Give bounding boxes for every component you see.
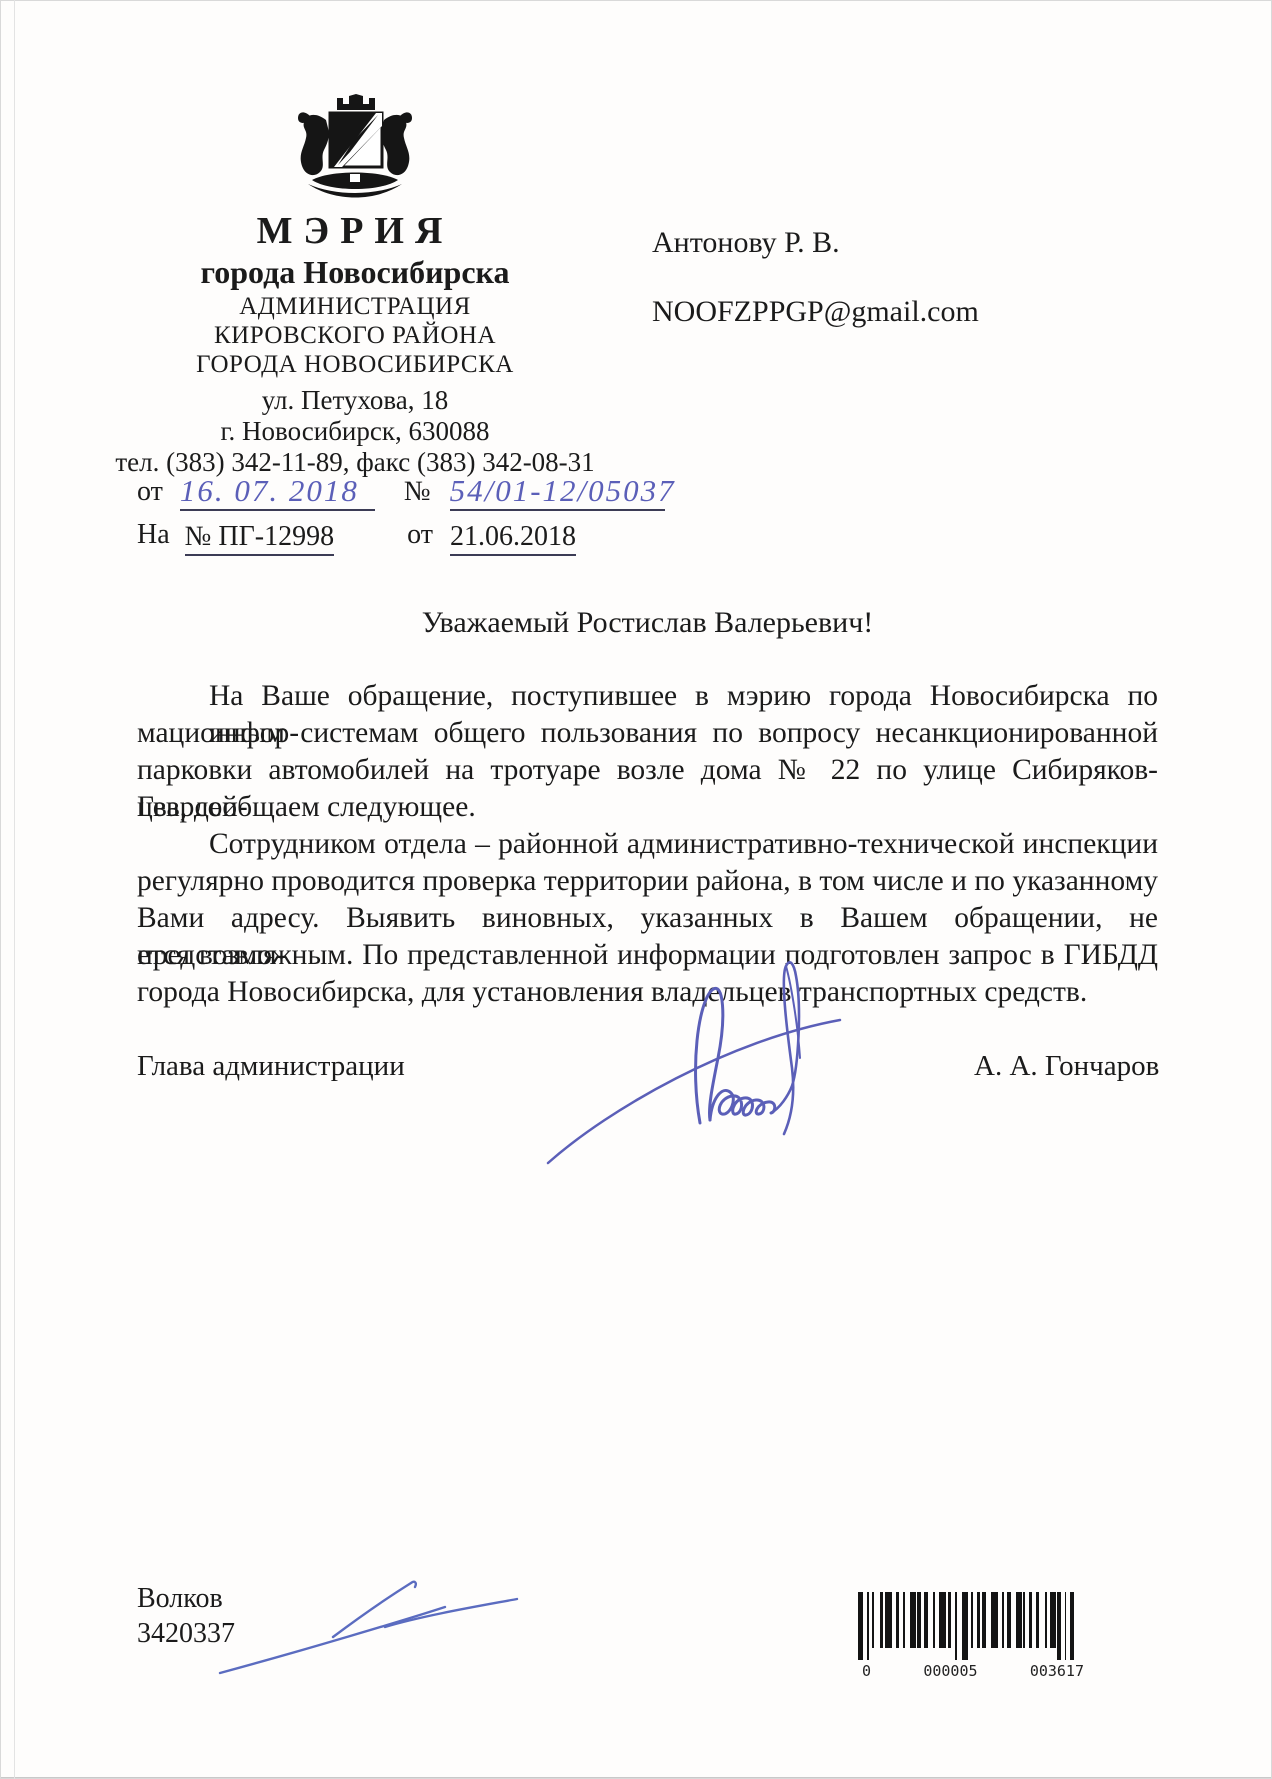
barcode-bar bbox=[880, 1592, 884, 1648]
address-street: ул. Петухова, 18 bbox=[93, 385, 617, 416]
outgoing-date-label: от bbox=[137, 476, 163, 511]
incoming-date: 21.06.2018 bbox=[450, 521, 576, 556]
barcode-bar bbox=[1023, 1592, 1025, 1648]
barcode-bars bbox=[858, 1592, 1088, 1662]
barcode-bar bbox=[1002, 1592, 1004, 1648]
recipient-name: Антонову Р. В. bbox=[652, 226, 840, 260]
outgoing-date-field: 16. 07. 2018 bbox=[180, 476, 375, 511]
barcode-bar bbox=[1029, 1592, 1033, 1648]
barcode-bar bbox=[1016, 1592, 1021, 1648]
barcode-bar bbox=[948, 1592, 952, 1648]
paragraph1-line: На Ваше обращение, поступившее в мэрию г… bbox=[137, 678, 1158, 715]
org-subname-line1: АДМИНИСТРАЦИЯ bbox=[93, 292, 617, 321]
barcode-bar bbox=[971, 1592, 973, 1648]
barcode-bar bbox=[1036, 1592, 1040, 1648]
paragraph2-line: Вами адресу. Выявить виновных, указанных… bbox=[137, 900, 1158, 937]
barcode-bar bbox=[1050, 1592, 1055, 1648]
barcode-digit-group: 000005 bbox=[923, 1662, 977, 1680]
signer-title: Глава администрации bbox=[137, 1050, 405, 1083]
scanned-letter-page: МЭРИЯ города Новосибирска АДМИНИСТРАЦИЯ … bbox=[0, 0, 1272, 1779]
barcode-bar bbox=[991, 1592, 998, 1648]
recipient-email: NOOFZPPGP@gmail.com bbox=[652, 295, 979, 329]
registration-barcode: 0 000005 003617 bbox=[858, 1592, 1088, 1682]
barcode-bar bbox=[858, 1592, 863, 1660]
handwritten-footer-mark bbox=[215, 1565, 525, 1680]
address-city: г. Новосибирск, 630088 bbox=[93, 416, 617, 447]
paragraph1-line: парковки автомобилей на тротуаре возле д… bbox=[137, 752, 1158, 789]
salutation: Уважаемый Ростислав Валерьевич! bbox=[137, 606, 1158, 640]
barcode-bar bbox=[939, 1592, 946, 1648]
barcode-digit-group: 003617 bbox=[1030, 1662, 1084, 1680]
barcode-bar bbox=[933, 1592, 935, 1648]
incoming-number: № ПГ-12998 bbox=[185, 521, 334, 556]
barcode-bar bbox=[1007, 1592, 1011, 1648]
org-name-line1: МЭРИЯ bbox=[93, 210, 617, 252]
barcode-bar bbox=[910, 1592, 915, 1648]
outgoing-number-handwritten: 54/01-12/05037 bbox=[450, 473, 676, 508]
incoming-date-label: от bbox=[407, 519, 433, 554]
barcode-bar bbox=[1057, 1592, 1061, 1660]
outgoing-date-handwritten: 16. 07. 2018 bbox=[180, 473, 359, 508]
barcode-bar bbox=[872, 1592, 874, 1648]
paragraph2-line: Сотрудником отдела – районной администра… bbox=[137, 826, 1158, 863]
letterhead-org-block: МЭРИЯ города Новосибирска АДМИНИСТРАЦИЯ … bbox=[93, 210, 617, 379]
outgoing-number-field: 54/01-12/05037 bbox=[450, 476, 665, 511]
org-name-line2: города Новосибирска bbox=[93, 252, 617, 292]
org-subname-line2: КИРОВСКОГО РАЙОНА bbox=[93, 321, 617, 350]
barcode-digits: 0 000005 003617 bbox=[858, 1662, 1088, 1680]
barcode-bar bbox=[903, 1592, 905, 1648]
outgoing-reference-row: от 16. 07. 2018 № 54/01-12/05037 bbox=[137, 476, 665, 511]
paragraph2-line: регулярно проводится проверка территории… bbox=[137, 863, 1158, 900]
barcode-digit-group: 0 bbox=[862, 1662, 871, 1680]
signer-name: А. А. Гончаров bbox=[974, 1050, 1159, 1083]
letterhead-address-block: ул. Петухова, 18 г. Новосибирск, 630088 … bbox=[93, 385, 617, 478]
handwritten-signature bbox=[540, 948, 870, 1183]
executor-name: Волков bbox=[137, 1583, 223, 1615]
barcode-bar bbox=[955, 1592, 957, 1660]
incoming-reference-row: На № ПГ-12998 от 21.06.2018 bbox=[137, 519, 576, 554]
barcode-bar bbox=[982, 1592, 986, 1648]
barcode-bar bbox=[962, 1592, 967, 1660]
barcode-bar bbox=[1045, 1592, 1047, 1648]
barcode-bar bbox=[1065, 1592, 1067, 1660]
barcode-bar bbox=[924, 1592, 928, 1648]
barcode-bar bbox=[917, 1592, 921, 1648]
novosibirsk-coat-of-arms-icon bbox=[290, 92, 420, 206]
barcode-bar bbox=[896, 1592, 900, 1648]
org-subname-line3: ГОРОДА НОВОСИБИРСКА bbox=[93, 350, 617, 379]
outgoing-number-label: № bbox=[404, 476, 431, 511]
paragraph1-line: мационным системам общего пользования по… bbox=[137, 715, 1158, 752]
barcode-bar bbox=[1070, 1592, 1074, 1660]
incoming-prefix-label: На bbox=[137, 519, 170, 554]
barcode-bar bbox=[867, 1592, 869, 1660]
barcode-bar bbox=[977, 1592, 981, 1648]
scan-edge-artifact bbox=[14, 0, 15, 1779]
barcode-bar bbox=[885, 1592, 892, 1648]
paragraph1-line: цев, сообщаем следующее. bbox=[137, 789, 1158, 826]
